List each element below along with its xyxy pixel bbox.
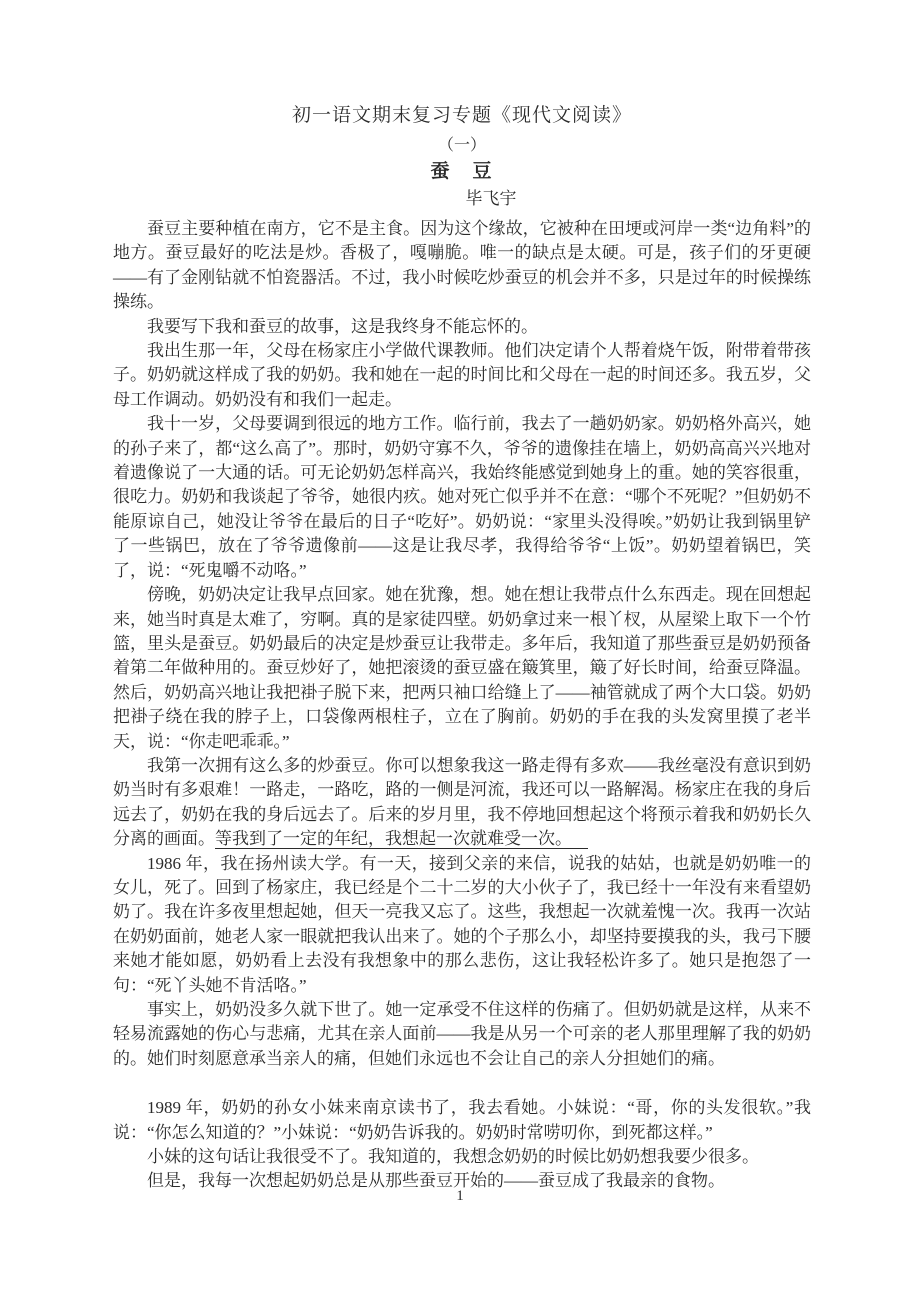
- underlined-sentence: 等我到了一定的年纪，我想起一次就难受一次。: [215, 829, 588, 849]
- article-paragraph-6: 我第一次拥有这么多的炒蚕豆。你可以想象我这一路走得有多欢——我丝毫没有意识到奶奶…: [113, 754, 811, 852]
- article-author: 毕飞宇: [113, 186, 811, 212]
- article-paragraph-9: 1989 年，奶奶的孙女小妹来南京读书了，我去看她。小妹说：“哥，你的头发很软。…: [113, 1096, 811, 1145]
- article-title: 蚕 豆: [113, 158, 811, 186]
- article-paragraph-3: 我出生那一年，父母在杨家庄小学做代课教师。他们决定请个人帮着烧午饭，附带着带孩子…: [113, 339, 811, 412]
- document-page: { "style": { "paper_color": "#ffffff", "…: [0, 0, 920, 1302]
- article-paragraph-5: 傍晚，奶奶决定让我早点回家。她在犹豫，想。她在想让我带点什么东西走。现在回想起来…: [113, 583, 811, 754]
- page-number: 1: [0, 1186, 920, 1206]
- article-paragraph-2: 我要写下我和蚕豆的故事，这是我终身不能忘怀的。: [113, 315, 811, 339]
- document-title: 初一语文期末复习专题《现代文阅读》: [113, 102, 811, 130]
- article-paragraph-4: 我十一岁，父母要调到很远的地方工作。临行前，我去了一趟奶奶家。奶奶格外高兴，她的…: [113, 412, 811, 583]
- article-paragraph-10: 小妹的这句话让我很受不了。我知道的，我想念奶奶的时候比奶奶想我要少很多。: [113, 1145, 811, 1169]
- document-body: 初一语文期末复习专题《现代文阅读》 （一） 蚕 豆 毕飞宇 蚕豆主要种植在南方，…: [113, 102, 811, 1194]
- section-number: （一）: [113, 133, 811, 158]
- article-paragraph-1: 蚕豆主要种植在南方，它不是主食。因为这个缘故，它被种在田埂或河岸一类“边角料”的…: [113, 217, 811, 315]
- article-paragraph-8: 事实上，奶奶没多久就下世了。她一定承受不住这样的伤痛了。但奶奶就是这样，从来不轻…: [113, 998, 811, 1071]
- article-paragraph-7: 1986 年，我在扬州读大学。有一天，接到父亲的来信，说我的姑姑，也就是奶奶唯一…: [113, 852, 811, 998]
- article-text: 蚕豆主要种植在南方，它不是主食。因为这个缘故，它被种在田埂或河岸一类“边角料”的…: [113, 217, 811, 1194]
